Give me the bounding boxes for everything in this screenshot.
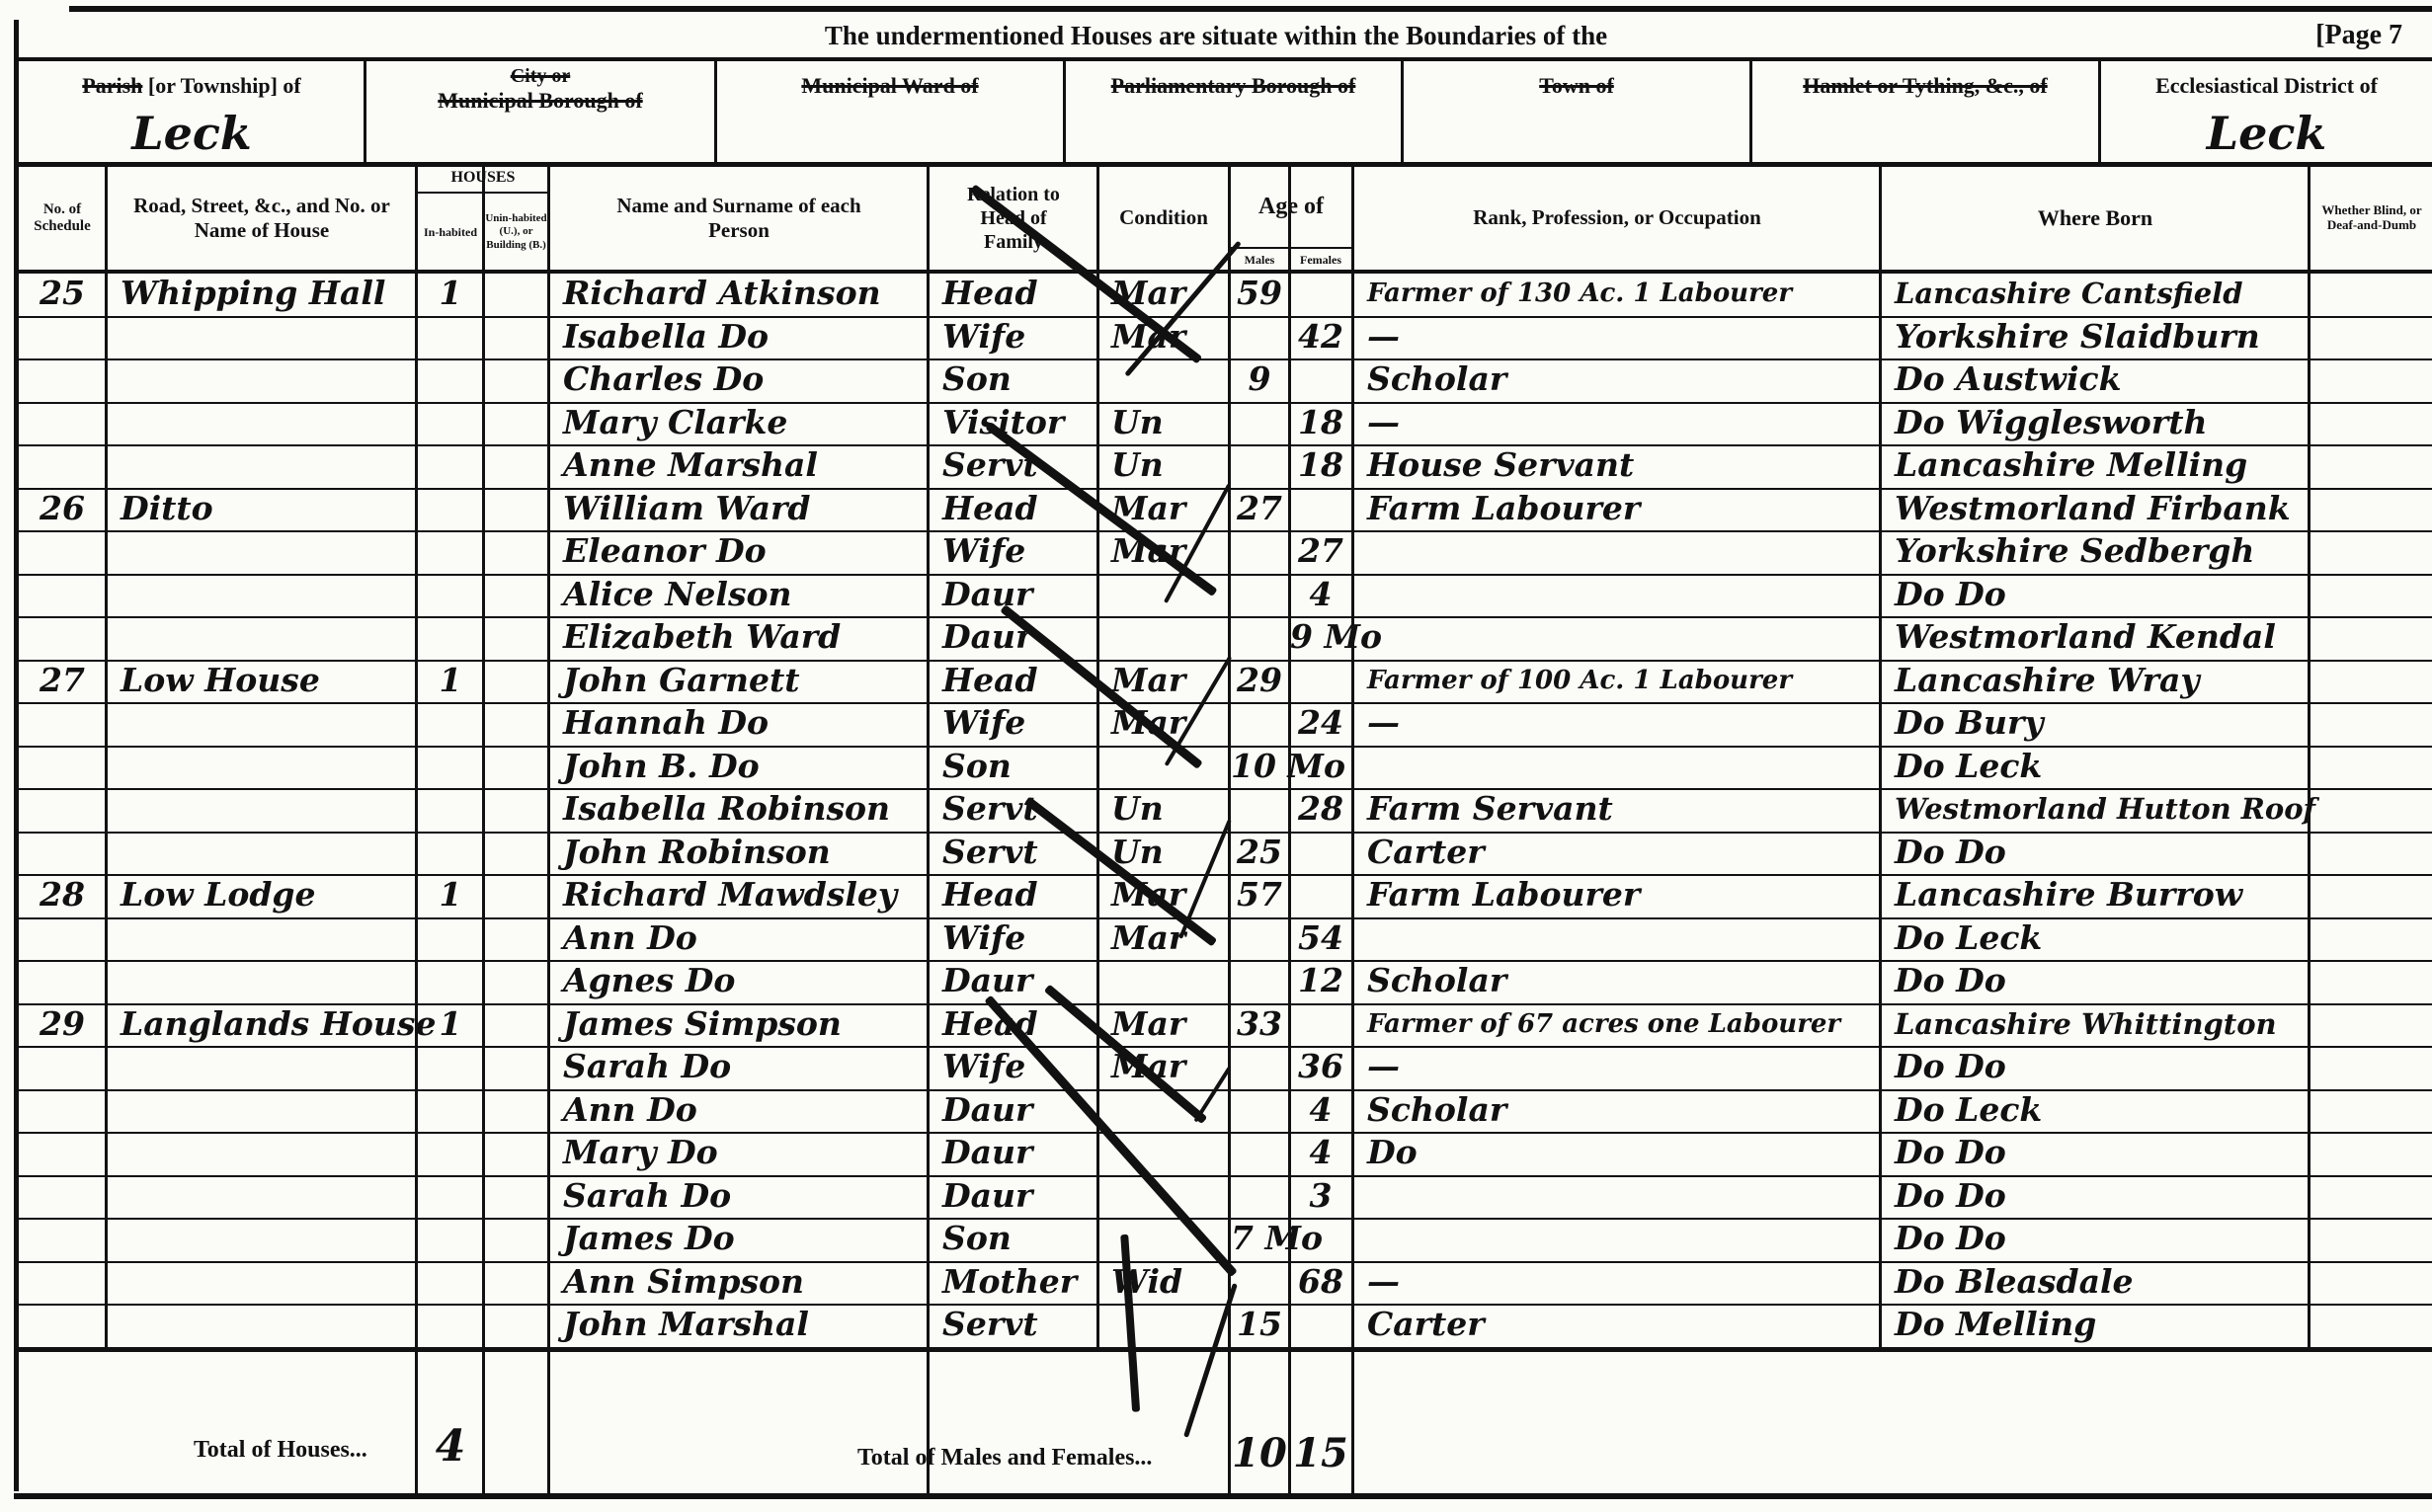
cell-schedule: 25: [20, 274, 105, 313]
cell-road: Low Lodge: [121, 875, 415, 915]
cell-schedule: 27: [20, 661, 105, 700]
cell-occupation: Scholar: [1367, 1090, 1879, 1130]
label-struck: Municipal Ward of: [717, 63, 1063, 99]
total-males-value: 10: [1231, 1434, 1288, 1473]
cell-occupation: —: [1367, 317, 1879, 357]
cell-name: Hannah Do: [563, 703, 927, 743]
cell-name: Sarah Do: [563, 1176, 927, 1216]
cell-male: 27: [1231, 489, 1288, 528]
cell-name: Alice Nelson: [563, 575, 927, 614]
rule: [105, 167, 108, 1347]
left-border: [14, 20, 19, 1491]
cell-relation: Wife: [942, 703, 1096, 743]
cell-road: Langlands House: [121, 1004, 415, 1044]
cell-born: Do Do: [1895, 1176, 2308, 1216]
cell-occupation: —: [1367, 1047, 1879, 1086]
cell-occupation: Scholar: [1367, 359, 1879, 399]
cell-born: Do Do: [1895, 1133, 2308, 1172]
cell-born: Do Bleasdale: [1895, 1262, 2308, 1302]
cell-inhabited: 1: [419, 875, 482, 915]
cell-male: 9: [1231, 359, 1288, 399]
cell-born: Yorkshire Sedbergh: [1895, 531, 2308, 571]
district-municipal-borough: City or Municipal Borough of: [366, 63, 714, 162]
top-rule: [69, 6, 2432, 12]
cell-road: Ditto: [121, 489, 415, 528]
cell-condition: Mar: [1111, 1004, 1228, 1044]
cell-female: 24: [1290, 703, 1351, 743]
rule: [482, 1347, 485, 1494]
rule: [14, 1493, 2432, 1499]
cell-name: Anne Marshal: [563, 445, 927, 485]
cell-occupation: —: [1367, 703, 1879, 743]
cell-male: 10 Mo: [1231, 747, 1288, 786]
cell-born: Lancashire Burrow: [1895, 875, 2308, 915]
cell-born: Do Do: [1895, 575, 2308, 614]
label-struck: Hamlet or Tything, &c., of: [1752, 63, 2098, 99]
cell-born: Do Austwick: [1895, 359, 2308, 399]
cell-born: Do Bury: [1895, 703, 2308, 743]
cell-road: Low House: [121, 661, 415, 700]
cell-female: 27: [1290, 531, 1351, 571]
cell-name: Ann Do: [563, 1090, 927, 1130]
cell-condition: Un: [1111, 789, 1228, 829]
cell-occupation: Farmer of 67 acres one Labourer: [1367, 1004, 1879, 1044]
cell-name: Isabella Robinson: [563, 789, 927, 829]
cell-born: Lancashire Whittington: [1895, 1004, 2308, 1044]
cell-female: 4: [1290, 1090, 1351, 1130]
cell-occupation: House Servant: [1367, 445, 1879, 485]
cell-schedule: 29: [20, 1004, 105, 1044]
cell-relation: Daur: [942, 1133, 1096, 1172]
district-hamlet: Hamlet or Tything, &c., of: [1752, 63, 2098, 162]
cell-relation: Visitor: [942, 403, 1096, 442]
cell-born: Do Leck: [1895, 747, 2308, 786]
header-schedule: No. of Schedule: [20, 166, 105, 271]
cell-born: Westmorland Kendal: [1895, 617, 2308, 657]
header-inhabited: In-habited: [419, 194, 482, 271]
cell-male: 59: [1231, 274, 1288, 313]
cell-male: 15: [1231, 1305, 1288, 1344]
cell-relation: Son: [942, 747, 1096, 786]
cell-relation: Son: [942, 1219, 1096, 1258]
page-banner: The undermentioned Houses are situate wi…: [0, 14, 2432, 57]
label-struck: Parish: [82, 73, 142, 98]
cell-name: Ann Do: [563, 918, 927, 958]
header-males: Males: [1231, 249, 1288, 271]
rule: [14, 57, 2432, 61]
cell-female: 12: [1290, 961, 1351, 1000]
cell-born: Westmorland Hutton Roof: [1895, 789, 2308, 829]
cell-relation: Servt: [942, 789, 1096, 829]
label-struck: City or: [366, 63, 714, 88]
cell-male: 33: [1231, 1004, 1288, 1044]
cell-name: Mary Clarke: [563, 403, 927, 442]
cell-female: 4: [1290, 575, 1351, 614]
header-occupation: Rank, Profession, or Occupation: [1355, 166, 1879, 271]
cell-born: Lancashire Melling: [1895, 445, 2308, 485]
cell-relation: Head: [942, 875, 1096, 915]
district-municipal-ward: Municipal Ward of: [717, 63, 1063, 162]
cell-born: Lancashire Cantsfield: [1895, 274, 2308, 313]
header-uninhabited: Unin-habited (U.), or Building (B.): [485, 194, 547, 271]
cell-female: 18: [1290, 445, 1351, 485]
rule: [927, 167, 930, 1493]
cell-born: Do Do: [1895, 961, 2308, 1000]
cell-male: 29: [1231, 661, 1288, 700]
cell-name: John B. Do: [563, 747, 927, 786]
cell-name: Agnes Do: [563, 961, 927, 1000]
rule: [482, 192, 484, 271]
cell-born: Do Leck: [1895, 918, 2308, 958]
cell-born: Do Wigglesworth: [1895, 403, 2308, 442]
district-value: Leck: [20, 107, 364, 160]
cell-condition: Un: [1111, 403, 1228, 442]
district-town: Town of: [1404, 63, 1749, 162]
cell-name: William Ward: [563, 489, 927, 528]
cell-inhabited: 1: [419, 1004, 482, 1044]
cell-male: 7 Mo: [1231, 1219, 1288, 1258]
cell-name: John Garnett: [563, 661, 927, 700]
cell-born: Lancashire Wray: [1895, 661, 2308, 700]
cell-female: 3: [1290, 1176, 1351, 1216]
cell-name: Richard Atkinson: [563, 274, 927, 313]
rule: [415, 167, 418, 1493]
cell-relation: Wife: [942, 317, 1096, 357]
rule: [1096, 167, 1099, 1347]
header-born: Where Born: [1883, 166, 2308, 271]
total-females-value: 15: [1290, 1434, 1351, 1473]
cell-relation: Daur: [942, 575, 1096, 614]
cell-name: Elizabeth Ward: [563, 617, 927, 657]
cell-schedule: 28: [20, 875, 105, 915]
cell-road: Whipping Hall: [121, 274, 415, 313]
label: Ecclesiastical District of: [2101, 63, 2432, 99]
cell-name: Isabella Do: [563, 317, 927, 357]
header-condition: Condition: [1099, 166, 1228, 271]
cell-female: 54: [1290, 918, 1351, 958]
cell-female: 68: [1290, 1262, 1351, 1302]
cell-schedule: 26: [20, 489, 105, 528]
cell-born: Do Do: [1895, 1047, 2308, 1086]
cell-occupation: Scholar: [1367, 961, 1879, 1000]
page-number: [Page 7: [2315, 14, 2402, 57]
label-struck: Town of: [1404, 63, 1749, 99]
cell-born: Westmorland Firbank: [1895, 489, 2308, 528]
cell-occupation: —: [1367, 1262, 1879, 1302]
district-parliamentary-borough: Parliamentary Borough of: [1066, 63, 1401, 162]
cell-female: 36: [1290, 1047, 1351, 1086]
cell-inhabited: 1: [419, 661, 482, 700]
header-name: Name and Surname of each Person: [551, 166, 927, 271]
label: [or Township] of: [142, 73, 300, 98]
cell-born: Do Leck: [1895, 1090, 2308, 1130]
rule: [1879, 167, 1882, 1347]
cell-name: James Simpson: [563, 1004, 927, 1044]
cell-male: 25: [1231, 833, 1288, 872]
label-struck: Parliamentary Borough of: [1066, 63, 1401, 99]
cell-name: Ann Simpson: [563, 1262, 927, 1302]
cell-name: Richard Mawdsley: [563, 875, 927, 915]
cell-female: 42: [1290, 317, 1351, 357]
cell-relation: Head: [942, 274, 1096, 313]
census-page: The undermentioned Houses are situate wi…: [0, 0, 2432, 1512]
cell-relation: Daur: [942, 961, 1096, 1000]
rule: [547, 167, 550, 1493]
cell-relation: Servt: [942, 1305, 1096, 1344]
total-houses-label: Total of Houses...: [194, 1437, 367, 1464]
total-houses-value: 4: [419, 1427, 482, 1467]
cell-name: James Do: [563, 1219, 927, 1258]
cell-female: 4: [1290, 1133, 1351, 1172]
cell-born: Yorkshire Slaidburn: [1895, 317, 2308, 357]
cell-name: Sarah Do: [563, 1047, 927, 1086]
total-persons-label: Total of Males and Females...: [857, 1445, 1152, 1472]
rule: [482, 167, 485, 1347]
cell-born: Do Melling: [1895, 1305, 2308, 1344]
header-road: Road, Street, &c., and No. or Name of Ho…: [109, 166, 415, 271]
rule: [1351, 167, 1354, 1493]
cell-occupation: Carter: [1367, 1305, 1879, 1344]
cell-female: 9 Mo: [1290, 617, 1351, 657]
cell-relation: Mother: [942, 1262, 1096, 1302]
rule: [1228, 247, 1354, 249]
cell-relation: Daur: [942, 1176, 1096, 1216]
cell-occupation: Farm Labourer: [1367, 875, 1879, 915]
cell-female: 18: [1290, 403, 1351, 442]
cell-inhabited: 1: [419, 274, 482, 313]
district-ecclesiastical: Ecclesiastical District of Leck: [2101, 63, 2432, 162]
cell-occupation: Farmer of 100 Ac. 1 Labourer: [1367, 661, 1879, 700]
cell-condition: Un: [1111, 445, 1228, 485]
cell-relation: Son: [942, 359, 1096, 399]
header-females: Females: [1290, 249, 1351, 271]
cell-name: Eleanor Do: [563, 531, 927, 571]
rule: [2308, 167, 2310, 1347]
cell-occupation: Do: [1367, 1133, 1879, 1172]
cell-name: John Robinson: [563, 833, 927, 872]
cell-occupation: Farm Servant: [1367, 789, 1879, 829]
cell-occupation: —: [1367, 403, 1879, 442]
cell-occupation: Farmer of 130 Ac. 1 Labourer: [1367, 274, 1879, 313]
district-value: Leck: [2101, 107, 2432, 160]
cell-male: 57: [1231, 875, 1288, 915]
cell-relation: Wife: [942, 1047, 1096, 1086]
cell-name: Mary Do: [563, 1133, 927, 1172]
cell-born: Do Do: [1895, 1219, 2308, 1258]
cell-female: 28: [1290, 789, 1351, 829]
cell-occupation: Farm Labourer: [1367, 489, 1879, 528]
header-age: Age of: [1231, 166, 1351, 247]
cell-occupation: Carter: [1367, 833, 1879, 872]
cell-born: Do Do: [1895, 833, 2308, 872]
header-disability: Whether Blind, or Deaf-and-Dumb: [2311, 166, 2432, 271]
rule: [14, 1347, 2432, 1352]
cell-name: Charles Do: [563, 359, 927, 399]
cell-relation: Wife: [942, 918, 1096, 958]
cell-name: John Marshal: [563, 1305, 927, 1344]
label-struck: Municipal Borough of: [366, 88, 714, 114]
district-parish: Parish [or Township] of Leck: [20, 63, 364, 162]
cell-relation: Wife: [942, 531, 1096, 571]
